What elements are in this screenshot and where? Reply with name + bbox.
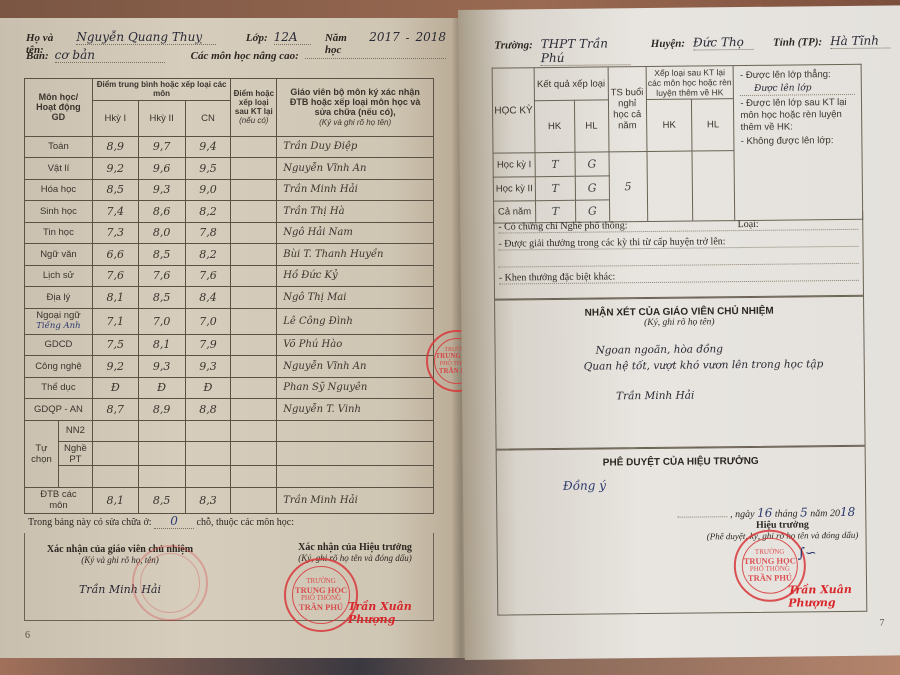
subject-name: Tin học: [25, 222, 93, 244]
principal-approval-comment: Đồng ý: [563, 476, 865, 493]
grade-retest: [231, 308, 277, 334]
month-label: tháng: [775, 508, 798, 519]
grade-hk1: 7,3: [92, 222, 138, 244]
principal-name-stamp: Trần Xuân Phượng: [788, 583, 866, 610]
table-row: Ngoại ngữ Tiếng Anh 7,1 7,0 7,0 Lê Công …: [25, 308, 434, 334]
grade-hk1: 7,1: [92, 308, 138, 334]
subject-name: Địa lý: [25, 287, 93, 309]
certificate-label: - Có chứng chỉ Nghề phổ thông:: [498, 220, 627, 232]
table-row: Ngữ văn 6,6 8,5 8,2 Bùi T. Thanh Huyền: [25, 244, 434, 266]
achievements-section: - Có chứng chỉ Nghề phổ thông: Loại: - Đ…: [493, 211, 864, 300]
promotion-straight-value: Được lên lớp: [740, 83, 855, 96]
teacher-signature: Nguyễn T. Vinh: [277, 399, 434, 421]
teacher-header-note: (Ký và ghi rõ họ tên): [319, 118, 391, 127]
elective-nghe-label: Nghề PT: [58, 442, 92, 466]
ban-value: cơ bản: [55, 48, 165, 63]
report-book-page-6: Họ và tên: Nguyễn Quang Thuỵ Lớp: 12A Nă…: [0, 18, 460, 658]
grade-hk1: 7,6: [92, 265, 138, 287]
teacher-signature: Bùi T. Thanh Huyền: [277, 244, 434, 266]
grade-hk1: 7,4: [92, 201, 138, 223]
faded-stamp-imprint: [132, 545, 208, 621]
retest-header-note: (nếu có): [239, 116, 268, 125]
table-row: Lịch sử 7,6 7,6 7,6 Hồ Đức Kỷ: [25, 265, 434, 287]
cn-header: CN: [185, 100, 231, 136]
stamp-line2: TRUNG HỌC: [744, 556, 796, 566]
average-row: ĐTB các môn 8,1 8,5 8,3 Trần Minh Hải: [25, 487, 434, 513]
principal-approval-title: PHÊ DUYỆT CỦA HIỆU TRƯỞNG: [497, 455, 865, 470]
table-row: Sinh học 7,4 8,6 8,2 Trần Thị Hà: [25, 201, 434, 223]
district-label: Huyện:: [651, 38, 685, 50]
grade-hk2: 7,6: [138, 265, 185, 287]
hl-header: HL: [574, 100, 608, 152]
teacher-signature: Hồ Đức Kỷ: [277, 265, 434, 287]
principal-confirmation: Xác nhận của Hiệu trưởng (Ký, ghi rõ họ …: [280, 542, 430, 563]
not-promoted-label: - Không được lên lớp:: [741, 135, 856, 148]
promotion-after-retest-label: - Được lên lớp sau KT lại môn học hoặc r…: [740, 97, 855, 134]
average-hk1: 8,1: [92, 487, 138, 513]
school-label: Trường:: [494, 39, 532, 51]
teacher-signature: Trần Duy Điệp: [277, 136, 434, 158]
stamp-line3: PHỔ THÔNG: [301, 595, 341, 603]
principal-confirmation-title: Xác nhận của Hiệu trưởng: [280, 542, 430, 553]
page-number-right: 7: [879, 618, 884, 629]
grade-cn: 8,2: [185, 244, 231, 266]
grade-retest: [231, 265, 277, 287]
grade-hk2: 8,0: [138, 222, 185, 244]
grade-retest: [231, 287, 277, 309]
class-label: Lớp:: [246, 32, 268, 44]
principal-name-stamp: Trần Xuân Phượng: [348, 600, 460, 626]
subject-name: Thể dục: [25, 377, 93, 399]
grade-hk2: 9,7: [138, 136, 185, 158]
principal-approval-section: PHÊ DUYỆT CỦA HIỆU TRƯỞNG Đồng ý , ngày …: [496, 446, 868, 616]
grade-retest: [231, 201, 277, 223]
table-row: Vật lí 9,2 9,6 9,5 Nguyễn Vĩnh An: [25, 158, 434, 180]
grade-hk1: 9,2: [92, 158, 138, 180]
subject-name: Vật lí: [25, 158, 93, 180]
elective-group-label: Tự chọn: [25, 420, 59, 487]
special-awards-label: - Khen thưởng đặc biệt khác:: [499, 271, 616, 283]
report-book-page-7: Trường: THPT Trần Phú Huyện: Đức Thọ Tỉn…: [458, 5, 900, 660]
teacher-header-label: Giáo viên bộ môn ký xác nhận ĐTB hoặc xế…: [290, 87, 421, 117]
approval-year: 18: [840, 505, 855, 519]
grade-cn: 9,5: [185, 158, 231, 180]
average-hk2: 8,5: [138, 487, 185, 513]
term-label: Học kỳ I: [493, 153, 535, 177]
subject-name: GDQP - AN: [25, 399, 93, 421]
grade-hk1: 8,9: [92, 136, 138, 158]
subject-name-label: Ngoại ngữ: [36, 310, 80, 321]
grade-retest: [231, 399, 277, 421]
grade-hk1: 8,7: [92, 399, 138, 421]
grade-cn: Đ: [185, 377, 231, 399]
grade-hk2: 8,9: [138, 399, 185, 421]
term-label: Học kỳ II: [493, 177, 535, 201]
school-info-header: Trường: THPT Trần Phú Huyện: Đức Thọ Tỉn…: [494, 33, 894, 66]
grade-cn: 7,9: [185, 334, 231, 356]
advanced-subjects-label: Các môn học nâng cao:: [191, 50, 299, 62]
certificate-line: - Có chứng chỉ Nghề phổ thông: Loại:: [498, 215, 858, 234]
retest-conduct-header: Xếp loại sau KT lại các môn học hoặc rèn…: [646, 66, 734, 100]
table-row: GDCD 7,5 8,1 7,9 Võ Phú Hào: [25, 334, 434, 356]
stamp-line3: PHỔ THÔNG: [750, 566, 790, 574]
student-info-header: Họ và tên: Nguyễn Quang Thuỵ Lớp: 12A Nă…: [26, 30, 446, 64]
promotion-straight-label: - Được lên lớp thẳng:: [740, 69, 855, 82]
teacher-signature: Phan Sỹ Nguyên: [277, 377, 434, 399]
grade-retest: [231, 222, 277, 244]
absences-header: TS buổi nghỉ học cả năm: [608, 67, 647, 152]
table-row: Hóa học 8,5 9,3 9,0 Trần Minh Hải: [25, 179, 434, 201]
approval-month: 5: [800, 505, 808, 519]
foreign-language-name: Tiếng Anh: [36, 321, 80, 331]
grade-cn: 7,6: [185, 265, 231, 287]
grade-hk2: 8,1: [138, 334, 185, 356]
homeroom-comment-line1: Ngoan ngoãn, hòa đồng: [596, 342, 864, 357]
promotion-box: - Được lên lớp thẳng: Được lên lớp - Đượ…: [733, 64, 862, 220]
awards-label: - Được giải thưởng trong các kỳ thi từ c…: [498, 236, 725, 249]
principal-signature-scribble: ∫∽: [798, 545, 817, 561]
grade-cn: 7,0: [185, 308, 231, 334]
homeroom-comment-line2: Quan hệ tốt, vượt khó vươn lên trong học…: [584, 358, 864, 373]
school-name: THPT Trần Phú: [541, 36, 631, 66]
grade-retest: [231, 356, 277, 378]
retest-header-label: Điểm hoặc xếp loại sau KT lại: [234, 89, 274, 116]
stamp-line4: TRẦN PHÚ: [299, 603, 343, 612]
grade-hk2: 9,3: [138, 179, 185, 201]
teacher-signature: Ngô Hải Nam: [277, 222, 434, 244]
teacher-signature: Ngô Thị Mai: [277, 287, 434, 309]
teacher-signature: Võ Phú Hào: [277, 334, 434, 356]
corrections-prefix: Trong bảng này có sửa chữa ở:: [28, 517, 152, 528]
year-end: 2018: [415, 30, 446, 44]
grade-hk2: 9,6: [138, 158, 185, 180]
conduct-hk: T: [535, 152, 575, 176]
elective-nn2-label: NN2: [58, 420, 92, 442]
grade-retest: [231, 136, 277, 158]
conduct-hl: G: [575, 176, 609, 200]
province-name: Hà Tĩnh: [830, 33, 890, 49]
grade-cn: 7,8: [185, 222, 231, 244]
homeroom-comment-signature: Trần Minh Hải: [616, 388, 864, 403]
subject-name: Ngữ văn: [25, 244, 93, 266]
corrections-count: 0: [154, 514, 194, 529]
grade-retest: [231, 158, 277, 180]
certificate-type-label: Loại:: [738, 219, 759, 230]
page-number-left: 6: [25, 630, 30, 641]
province-label: Tỉnh (TP):: [773, 36, 822, 49]
school-stamp: TRƯỜNG TRUNG HỌC PHỔ THÔNG TRẦN PHÚ: [284, 558, 358, 632]
table-row: Địa lý 8,1 8,5 8,4 Ngô Thị Mai: [25, 287, 434, 309]
grade-hk1: 6,6: [92, 244, 138, 266]
year-label: năm 20: [810, 508, 840, 519]
teacher-signature: Trần Minh Hải: [277, 179, 434, 201]
grade-hk1: Đ: [92, 377, 138, 399]
hk2-header: Hkỳ II: [138, 100, 185, 136]
retest-hl-header: HL: [692, 99, 734, 151]
elective-row-nn2: Tự chọn NN2: [25, 420, 434, 442]
hk-header: HK: [534, 100, 574, 152]
grade-hk2: 9,3: [138, 356, 185, 378]
teacher-signature: Nguyễn Vĩnh An: [277, 356, 434, 378]
grade-cn: 9,4: [185, 136, 231, 158]
average-group-header: Điểm trung bình hoặc xếp loại các môn: [92, 79, 231, 101]
approval-day: 16: [757, 506, 772, 520]
year-start: 2017: [369, 30, 400, 44]
date-prefix: , ngày: [730, 509, 755, 520]
teacher-signature: Nguyễn Vĩnh An: [277, 158, 434, 180]
conduct-hl: G: [575, 152, 609, 176]
stamp-line2: TRUNG HỌC: [295, 586, 347, 595]
stamp-line1: TRƯỜNG: [306, 578, 336, 586]
grade-retest: [231, 244, 277, 266]
result-header: Kết quả xếp loại: [534, 67, 608, 101]
grade-hk2: 8,5: [138, 287, 185, 309]
district-name: Đức Thọ: [693, 35, 753, 51]
special-awards-line: - Khen thưởng đặc biệt khác:: [499, 266, 859, 285]
stamp-line4: TRẦN PHÚ: [748, 573, 792, 583]
table-row: GDQP - AN 8,7 8,9 8,8 Nguyễn T. Vinh: [25, 399, 434, 421]
awards-line: - Được giải thưởng trong các kỳ thi từ c…: [498, 232, 858, 251]
retest-hk-header: HK: [646, 99, 692, 151]
subject-name: Hóa học: [25, 179, 93, 201]
stamp-line1: TRƯỜNG: [755, 549, 785, 557]
grades-table: Môn học/ Hoạt động GD Điểm trung bình ho…: [24, 78, 434, 514]
homeroom-teacher-signature: Trần Minh Hải: [277, 487, 434, 513]
grade-retest: [231, 377, 277, 399]
table-row: Thể dục Đ Đ Đ Phan Sỹ Nguyên: [25, 377, 434, 399]
grade-cn: 8,2: [185, 201, 231, 223]
subject-name: Toán: [25, 136, 93, 158]
subject-column-header: Môn học/ Hoạt động GD: [25, 79, 93, 137]
retest-header: Điểm hoặc xếp loại sau KT lại (nếu có): [231, 79, 277, 137]
homeroom-comment-section: NHẬN XÉT CỦA GIÁO VIÊN CHỦ NHIỆM (Ký, gh…: [494, 296, 866, 450]
teacher-header: Giáo viên bộ môn ký xác nhận ĐTB hoặc xế…: [277, 79, 434, 137]
conduct-hk: T: [535, 176, 575, 200]
grade-cn: 9,3: [185, 356, 231, 378]
grade-hk1: 9,2: [92, 356, 138, 378]
average-cn: 8,3: [185, 487, 231, 513]
subject-name: Công nghệ: [25, 356, 93, 378]
teacher-signature: Lê Công Đình: [277, 308, 434, 334]
elective-row-empty: [25, 466, 434, 488]
grade-hk2: 7,0: [138, 308, 185, 334]
awards-blank-line: [499, 249, 859, 268]
subject-name: Lịch sử: [25, 265, 93, 287]
subject-name: GDCD: [25, 334, 93, 356]
grade-cn: 9,0: [185, 179, 231, 201]
grade-hk1: 8,1: [92, 287, 138, 309]
table-row: Công nghệ 9,2 9,3 9,3 Nguyễn Vĩnh An: [25, 356, 434, 378]
grade-hk2: 8,6: [138, 201, 185, 223]
student-name: Nguyễn Quang Thuỵ: [76, 30, 216, 45]
term-header: HỌC KỲ: [492, 68, 535, 153]
subject-name: Ngoại ngữ Tiếng Anh: [25, 308, 93, 334]
grade-cn: 8,4: [185, 287, 231, 309]
teacher-signature: Trần Thị Hà: [277, 201, 434, 223]
grade-retest: [231, 179, 277, 201]
average-row-label: ĐTB các môn: [25, 487, 93, 513]
class-value: 12A: [274, 30, 311, 45]
subject-name: Sinh học: [25, 201, 93, 223]
grade-hk1: 7,5: [92, 334, 138, 356]
grade-hk2: Đ: [138, 377, 185, 399]
grade-hk2: 8,5: [138, 244, 185, 266]
year-label: Năm học: [325, 32, 363, 56]
grade-hk1: 8,5: [92, 179, 138, 201]
hk1-header: Hkỳ I: [92, 100, 138, 136]
table-row: Tin học 7,3 8,0 7,8 Ngô Hải Nam: [25, 222, 434, 244]
elective-row-nghe: Nghề PT: [25, 442, 434, 466]
ban-label: Ban:: [26, 50, 49, 62]
grade-cn: 8,8: [185, 399, 231, 421]
corrections-suffix: chỗ, thuộc các môn học:: [197, 517, 294, 528]
table-row: Toán 8,9 9,7 9,4 Trần Duy Điệp: [25, 136, 434, 158]
corrections-line: Trong bảng này có sửa chữa ở: 0 chỗ, thu…: [28, 514, 294, 529]
absences-value: 5: [609, 152, 648, 222]
conduct-results-table: HỌC KỲ Kết quả xếp loại TS buổi nghỉ học…: [492, 64, 864, 224]
grade-retest: [231, 334, 277, 356]
